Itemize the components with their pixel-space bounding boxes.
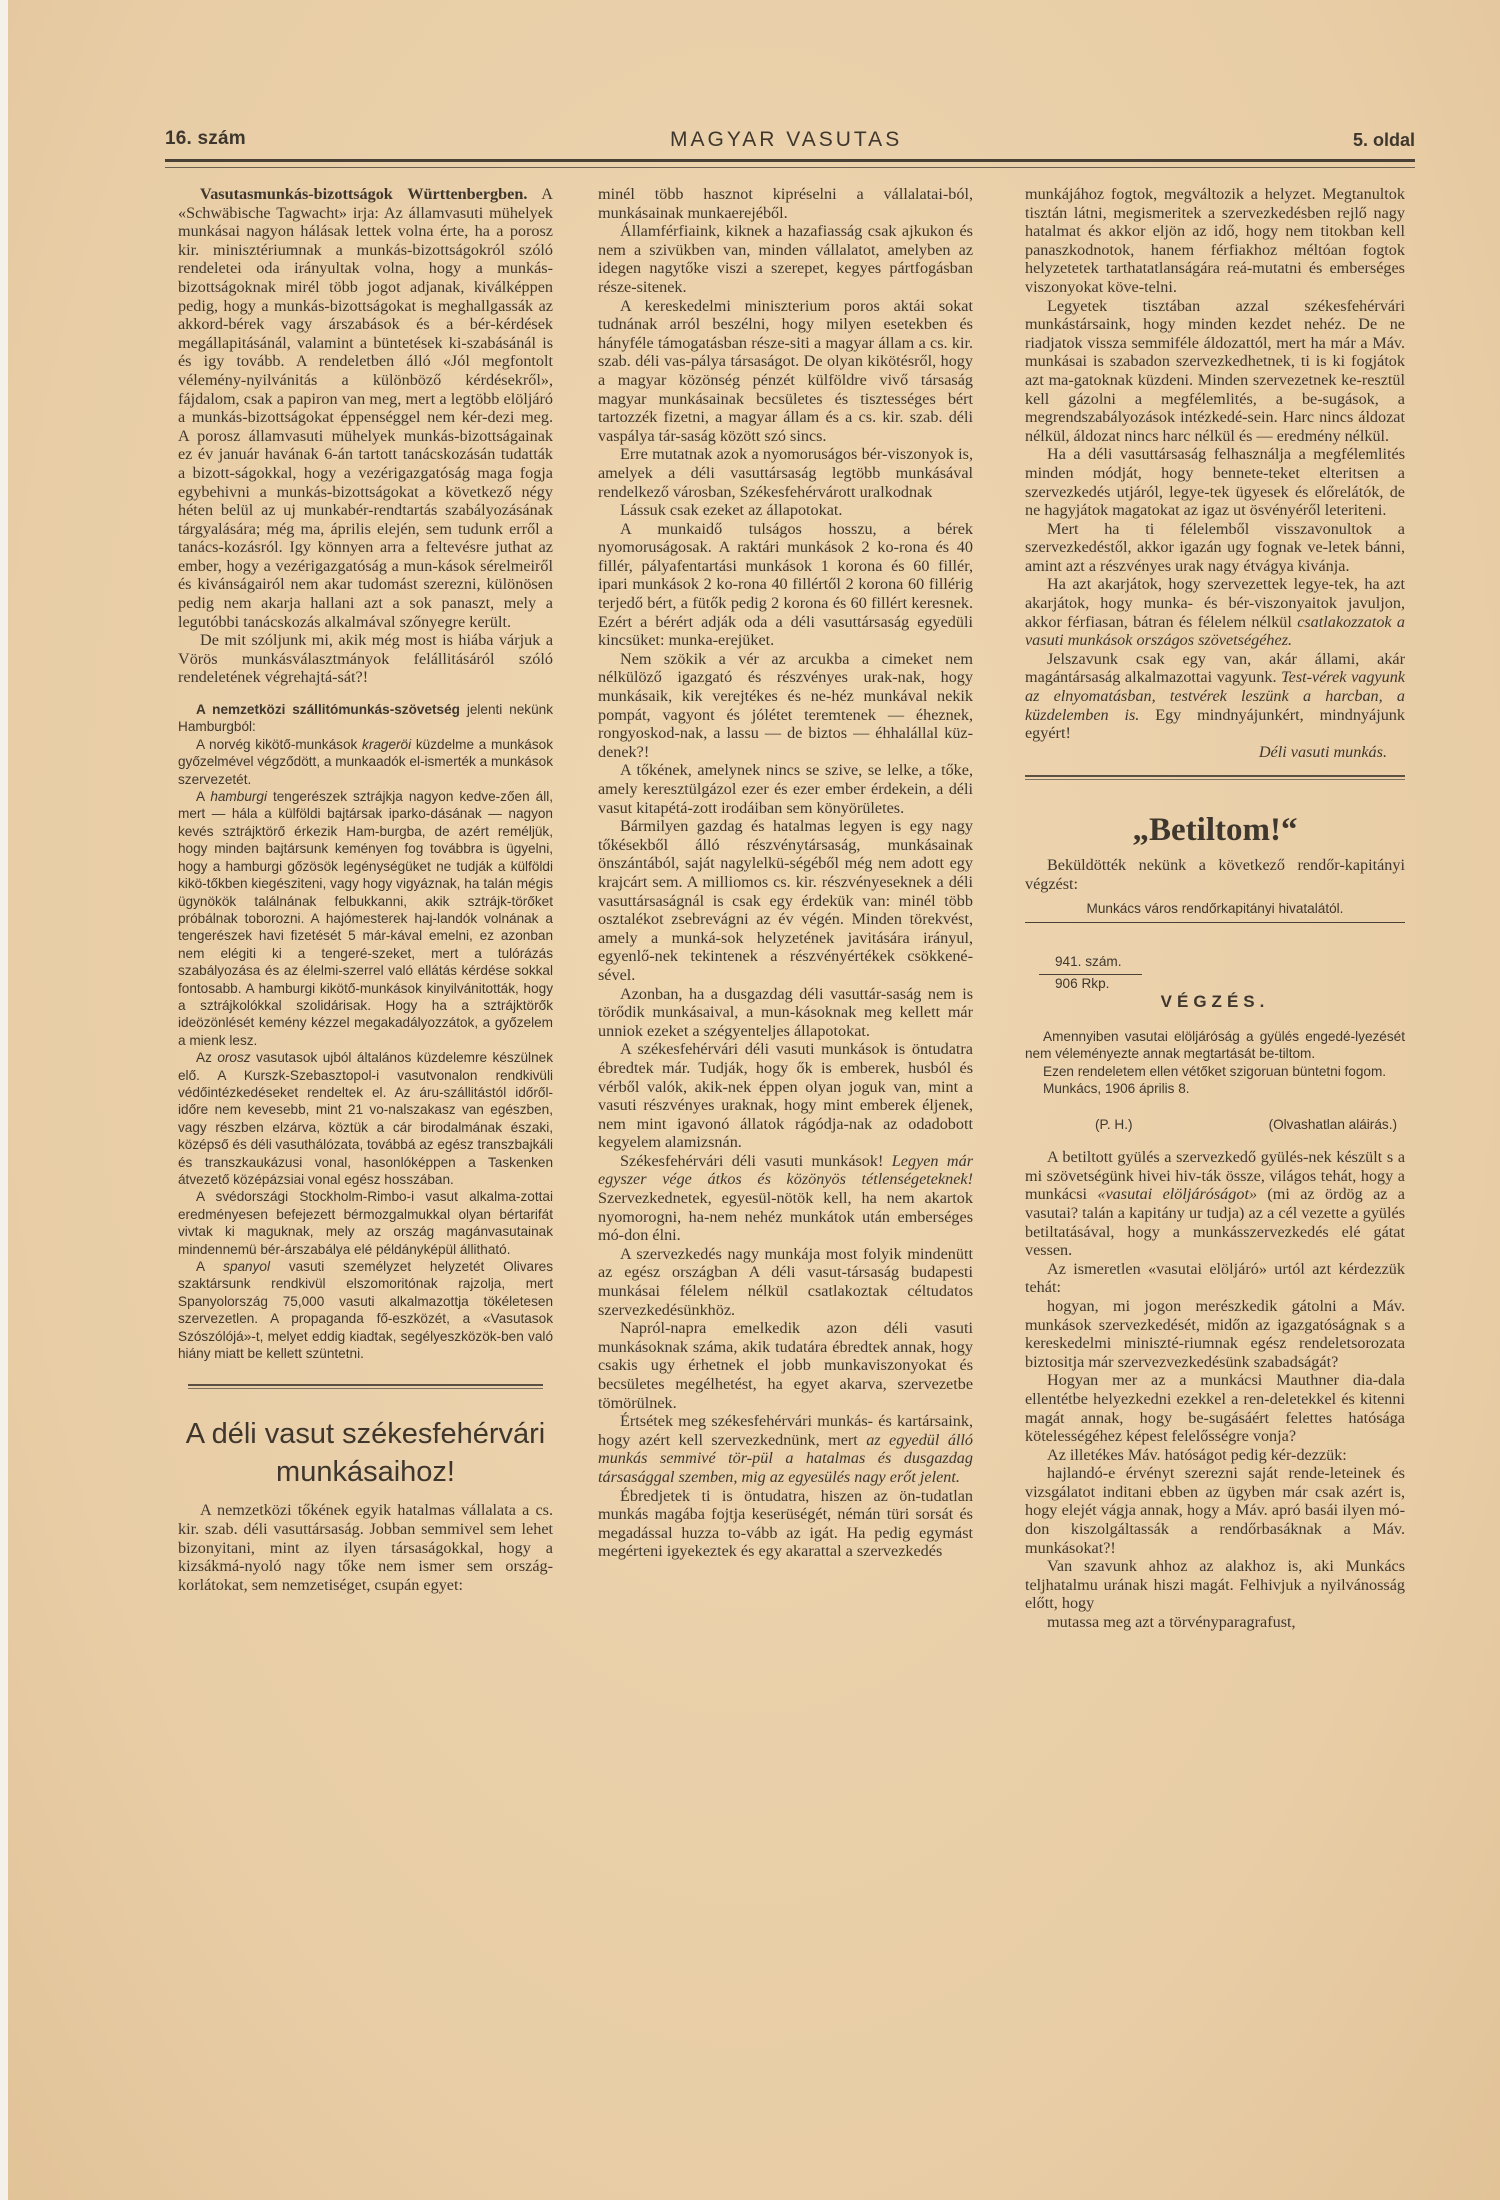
paragraph: mutassa meg azt a törvényparagrafust, xyxy=(1025,1613,1405,1632)
paragraph: hajlandó-e érvényt szerezni saját rende-… xyxy=(1025,1464,1405,1557)
column-2: minél több hasznot kipréselni a vállalat… xyxy=(598,185,973,1561)
paragraph-text: tengerészek sztrájkja nagyon kedve-zően … xyxy=(178,789,553,1048)
paragraph: Hogyan mer az a munkácsi Mauthner dia-da… xyxy=(1025,1371,1405,1445)
paragraph-text: vasutasok ujból általános küzdelemre kés… xyxy=(178,1050,553,1187)
article-wurttemberg-title: Vasutasmunkás-bizottságok Württenbergben… xyxy=(200,185,527,203)
paragraph: Amennyiben vasutai elöljáróság a gyülés … xyxy=(1025,1028,1405,1063)
paragraph: Az illetékes Máv. hatóságot pedig kér-de… xyxy=(1025,1446,1405,1465)
paragraph: Az ismeretlen «vasutai elöljáró» urtól a… xyxy=(1025,1260,1405,1297)
document-reference: 906 Rkp. xyxy=(1039,975,1405,994)
emphasis: orosz xyxy=(217,1050,250,1065)
paragraph: Nem szökik a vér az arcukba a cimeket ne… xyxy=(598,650,973,762)
column-1: Vasutasmunkás-bizottságok Württenbergben… xyxy=(178,185,553,1594)
article-hamburg-title: A nemzetközi szállitómunkás-szövetség xyxy=(196,702,460,717)
paragraph: Ezen rendeletem ellen vétőket szigoruan … xyxy=(1025,1063,1405,1080)
paragraph: Jelszavunk csak egy van, akár állami, ak… xyxy=(1025,650,1405,743)
paragraph-text: A norvég kikötő-munkások xyxy=(196,737,357,752)
paragraph: Lássuk csak ezeket az állapotokat. xyxy=(598,501,973,520)
paragraph: Van szavunk ahhoz az alakhoz is, aki Mun… xyxy=(1025,1557,1405,1613)
article-wurttemberg: Vasutasmunkás-bizottságok Württenbergben… xyxy=(178,185,553,631)
spacer xyxy=(178,687,553,701)
paragraph: Államférfiaink, kiknek a hazafiasság csa… xyxy=(598,222,973,296)
page-header: 16. szám MAGYAR VASUTAS 5. oldal xyxy=(165,126,1415,156)
decree-signature: (Olvashatlan aláirás.) xyxy=(1269,1116,1397,1135)
article-deli-title: A déli vasut székesfehérvári munkásaihoz… xyxy=(178,1415,553,1491)
article-signature: Déli vasuti munkás. xyxy=(1025,743,1405,762)
paragraph: Ha azt akarjátok, hogy szervezettek legy… xyxy=(1025,575,1405,649)
paragraph-text: Szervezkednetek, egyesül-nötök kell, ha … xyxy=(598,1189,973,1244)
paragraph-text: A xyxy=(196,789,204,804)
document-number: 941. szám. xyxy=(1039,953,1142,975)
paragraph: munkájához fogtok, megváltozik a helyzet… xyxy=(1025,185,1405,297)
article-betiltom-title: „Betiltom!“ xyxy=(1025,810,1405,850)
emphasis: «vasutai elöljáróságot» xyxy=(1097,1185,1257,1203)
section-divider xyxy=(1025,775,1405,780)
paragraph: A kereskedelmi miniszterium poros aktái … xyxy=(598,297,973,446)
seal-mark: (P. H.) xyxy=(1095,1116,1133,1135)
decree-text: Amennyiben vasutai elöljáróság a gyülés … xyxy=(1025,1028,1405,1098)
decree-signature-row: (P. H.) (Olvashatlan aláirás.) xyxy=(1025,1116,1405,1135)
issuing-office: Munkács város rendőrkapitányi hivatalátó… xyxy=(1025,900,1405,924)
paragraph-text: Az xyxy=(196,1050,212,1065)
paragraph: Legyetek tisztában azzal székesfehérvári… xyxy=(1025,297,1405,446)
paragraph: A betiltott gyülés a szervezkedő gyülés-… xyxy=(1025,1148,1405,1260)
paragraph: Bármilyen gazdag és hatalmas legyen is e… xyxy=(598,817,973,984)
paragraph: A tőkének, amelynek nincs se szive, se l… xyxy=(598,761,973,817)
header-rule xyxy=(165,159,1415,168)
paragraph-text: A xyxy=(196,1259,204,1274)
emphasis: hamburgi xyxy=(210,789,267,804)
paragraph: Beküldötték nekünk a következő rendőr-ka… xyxy=(1025,856,1405,893)
paragraph-text: vasuti személyzet helyzetét Olivares sza… xyxy=(178,1259,553,1361)
decree-date: Munkács, 1906 április 8. xyxy=(1025,1080,1405,1097)
newspaper-title: MAGYAR VASUTAS xyxy=(670,128,902,152)
issue-number: 16. szám xyxy=(165,128,246,150)
page-number: 5. oldal xyxy=(1353,130,1415,151)
paragraph: hogyan, mi jogon merészkedik gátolni a M… xyxy=(1025,1297,1405,1371)
paragraph: Székesfehérvári déli vasuti munkások! Le… xyxy=(598,1152,973,1245)
paragraph: Erre mutatnak azok a nyomoruságos bér-vi… xyxy=(598,445,973,501)
document-number-block: 941. szám. 906 Rkp. xyxy=(1039,953,1405,993)
paragraph: minél több hasznot kipréselni a vállalat… xyxy=(598,185,973,222)
paragraph: Értsétek meg székesfehérvári munkás- és … xyxy=(598,1412,973,1486)
paragraph: Mert ha ti félelemből visszavonultok a s… xyxy=(1025,520,1405,576)
paragraph: A nemzetközi tőkének egyik hatalmas váll… xyxy=(178,1501,553,1594)
paragraph: Ébredjetek ti is öntudatra, hiszen az ön… xyxy=(598,1487,973,1561)
paragraph: De mit szóljunk mi, akik még most is hiá… xyxy=(178,631,553,687)
paragraph: Azonban, ha a dusgazdag déli vasuttár-sa… xyxy=(598,985,973,1041)
paragraph: A munkaidő tulságos hosszu, a bérek nyom… xyxy=(598,520,973,650)
paragraph: A szervezkedés nagy munkája most folyik … xyxy=(598,1245,973,1319)
emphasis: krageröi xyxy=(362,737,411,752)
section-divider xyxy=(188,1384,543,1389)
paragraph: Napról-napra emelkedik azon déli vasuti … xyxy=(598,1319,973,1412)
paragraph: A székesfehérvári déli vasuti munkások i… xyxy=(598,1040,973,1152)
paragraph: A svédországi Stockholm-Rimbo-i vasut al… xyxy=(178,1188,553,1258)
article-hamburg: A nemzetközi szállitómunkás-szövetség je… xyxy=(178,701,553,1362)
article-wurttemberg-body: A «Schwäbische Tagwacht» irja: Az államv… xyxy=(178,185,553,631)
paragraph: Ha a déli vasuttársaság felhasználja a m… xyxy=(1025,445,1405,519)
scan-edge xyxy=(0,0,8,2200)
column-3: munkájához fogtok, megváltozik a helyzet… xyxy=(1025,185,1405,1632)
decree-heading: VÉGZÉS. xyxy=(1025,993,1405,1012)
emphasis: spanyol xyxy=(223,1259,270,1274)
paragraph-text: Székesfehérvári déli vasuti munkások! xyxy=(620,1152,883,1170)
